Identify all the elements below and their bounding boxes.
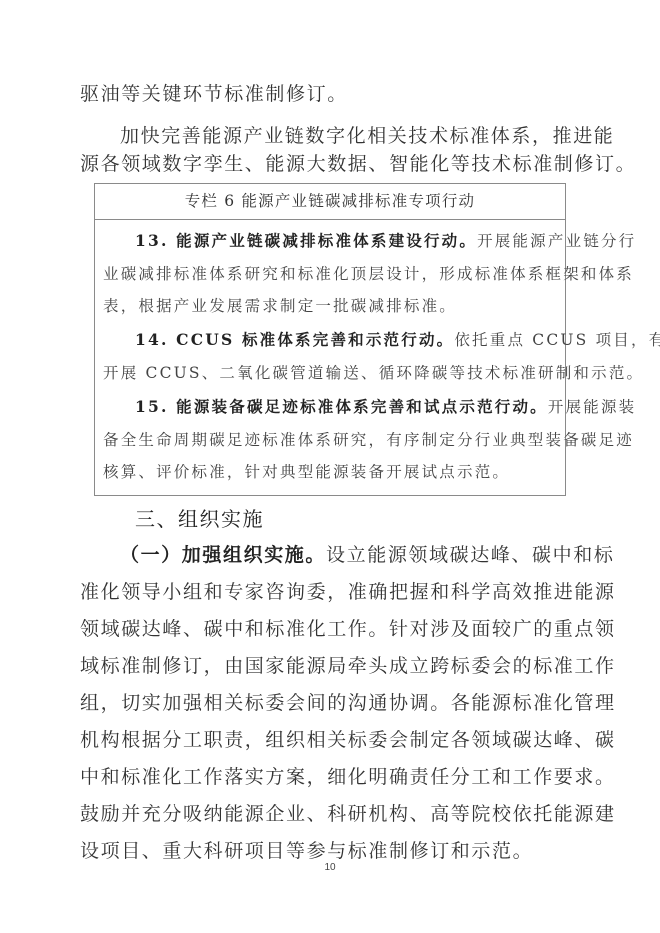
subsection-text: 设立能源领域碳达峰、碳中和标 xyxy=(326,544,614,566)
box-item-15: 15. 能源装备碳足迹标准体系完善和试点示范行动。开展能源装 xyxy=(135,397,636,417)
box-item-13: 13. 能源产业链碳减排标准体系建设行动。开展能源产业链分行 xyxy=(135,231,636,251)
paragraph-line: 设项目、重大科研项目等参与标准制修订和示范。 xyxy=(80,839,580,863)
paragraph-line: 域标准制修订，由国家能源局牵头成立跨标委会的标准工作 xyxy=(80,654,580,678)
paragraph-line: 机构根据分工职责，组织相关标委会制定各领域碳达峰、碳 xyxy=(80,728,580,752)
paragraph-line: 准化领导小组和专家咨询委，准确把握和科学高效推进能源 xyxy=(80,580,580,604)
box-line: 表，根据产业发展需求制定一批碳减排标准。 xyxy=(103,296,457,316)
box-line: 业碳减排标准体系研究和标准化顶层设计，形成标准体系框架和体系 xyxy=(103,264,634,284)
paragraph-line: 源各领域数字孪生、能源大数据、智能化等技术标准制修订。 xyxy=(80,152,580,176)
paragraph-line: 组，切实加强相关标委会间的沟通协调。各能源标准化管理 xyxy=(80,691,580,715)
box-title: 专栏 6 能源产业链碳减排标准专项行动 xyxy=(95,184,565,220)
paragraph-line: 中和标准化工作落实方案，细化明确责任分工和工作要求。 xyxy=(80,765,580,789)
box-item-text: 依托重点 CCUS 项目，有序 xyxy=(454,331,660,349)
paragraph-line: 鼓励并充分吸纳能源企业、科研机构、高等院校依托能源建 xyxy=(80,802,580,826)
box-item-heading: 13. 能源产业链碳减排标准体系建设行动。 xyxy=(135,231,477,250)
special-column-box: 专栏 6 能源产业链碳减排标准专项行动 13. 能源产业链碳减排标准体系建设行动… xyxy=(94,183,566,496)
section-heading: 三、组织实施 xyxy=(135,506,264,532)
subsection-heading: （一）加强组织实施。 xyxy=(120,544,326,566)
box-item-14: 14. CCUS 标准体系完善和示范行动。依托重点 CCUS 项目，有序 xyxy=(135,330,660,350)
box-item-text: 开展能源装 xyxy=(548,398,637,416)
box-item-heading: 15. 能源装备碳足迹标准体系完善和试点示范行动。 xyxy=(135,397,548,416)
box-line: 核算、评价标准，针对典型能源装备开展试点示范。 xyxy=(103,462,510,482)
paragraph-line: 驱油等关键环节标准制修订。 xyxy=(80,82,580,106)
box-line: 开展 CCUS、二氧化碳管道输送、循环降碳等技术标准研制和示范。 xyxy=(103,363,644,383)
subsection-first-line: （一）加强组织实施。设立能源领域碳达峰、碳中和标 xyxy=(120,543,620,567)
box-line: 备全生命周期碳足迹标准体系研究，有序制定分行业典型装备碳足迹 xyxy=(103,430,634,450)
box-item-text: 开展能源产业链分行 xyxy=(477,232,636,250)
paragraph-line: 加快完善能源产业链数字化相关技术标准体系，推进能 xyxy=(120,124,620,148)
box-item-heading: 14. CCUS 标准体系完善和示范行动。 xyxy=(135,330,454,349)
page-number: 10 xyxy=(0,862,660,873)
paragraph-line: 领域碳达峰、碳中和标准化工作。针对涉及面较广的重点领 xyxy=(80,617,580,641)
